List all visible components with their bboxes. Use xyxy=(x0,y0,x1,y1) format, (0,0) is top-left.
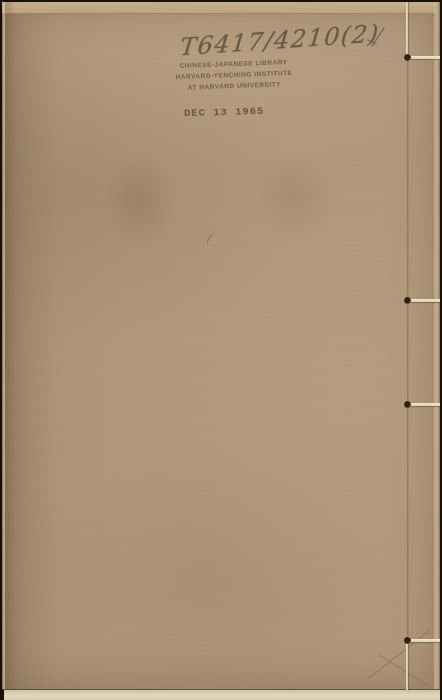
stitch-hole xyxy=(404,401,411,408)
date-stamp: DEC 13 1965 xyxy=(184,106,265,120)
binding-thread xyxy=(411,403,440,406)
binding-thread xyxy=(406,640,408,690)
pencil-speck xyxy=(205,232,219,248)
book-cover-scan: T6417/4210(2) CHINESE-JAPANESE LIBRARY H… xyxy=(0,0,442,700)
stitch-hole xyxy=(404,297,411,304)
book-cover: T6417/4210(2) CHINESE-JAPANESE LIBRARY H… xyxy=(2,2,440,690)
binding-crease xyxy=(407,2,409,689)
binding-thread xyxy=(411,56,440,59)
cover-top-fold xyxy=(2,2,440,14)
stain-smudge xyxy=(100,150,178,250)
cover-right-edge xyxy=(434,2,440,689)
cover-left-shade xyxy=(5,2,16,689)
pencil-mark-icon xyxy=(364,20,394,54)
call-number-handwriting: T6417/4210(2) xyxy=(179,19,391,62)
scan-backing-strip xyxy=(4,690,440,700)
stitch-hole xyxy=(404,54,411,61)
binding-thread xyxy=(406,2,408,57)
stitch-hole xyxy=(404,637,411,644)
binding-thread xyxy=(411,639,440,642)
stain-smudge xyxy=(250,148,340,244)
paper-texture xyxy=(2,2,440,689)
binding-thread xyxy=(411,299,440,302)
corner-crease xyxy=(378,654,429,687)
library-stamp: CHINESE-JAPANESE LIBRARY HARVARD-YENCHIN… xyxy=(167,57,300,95)
